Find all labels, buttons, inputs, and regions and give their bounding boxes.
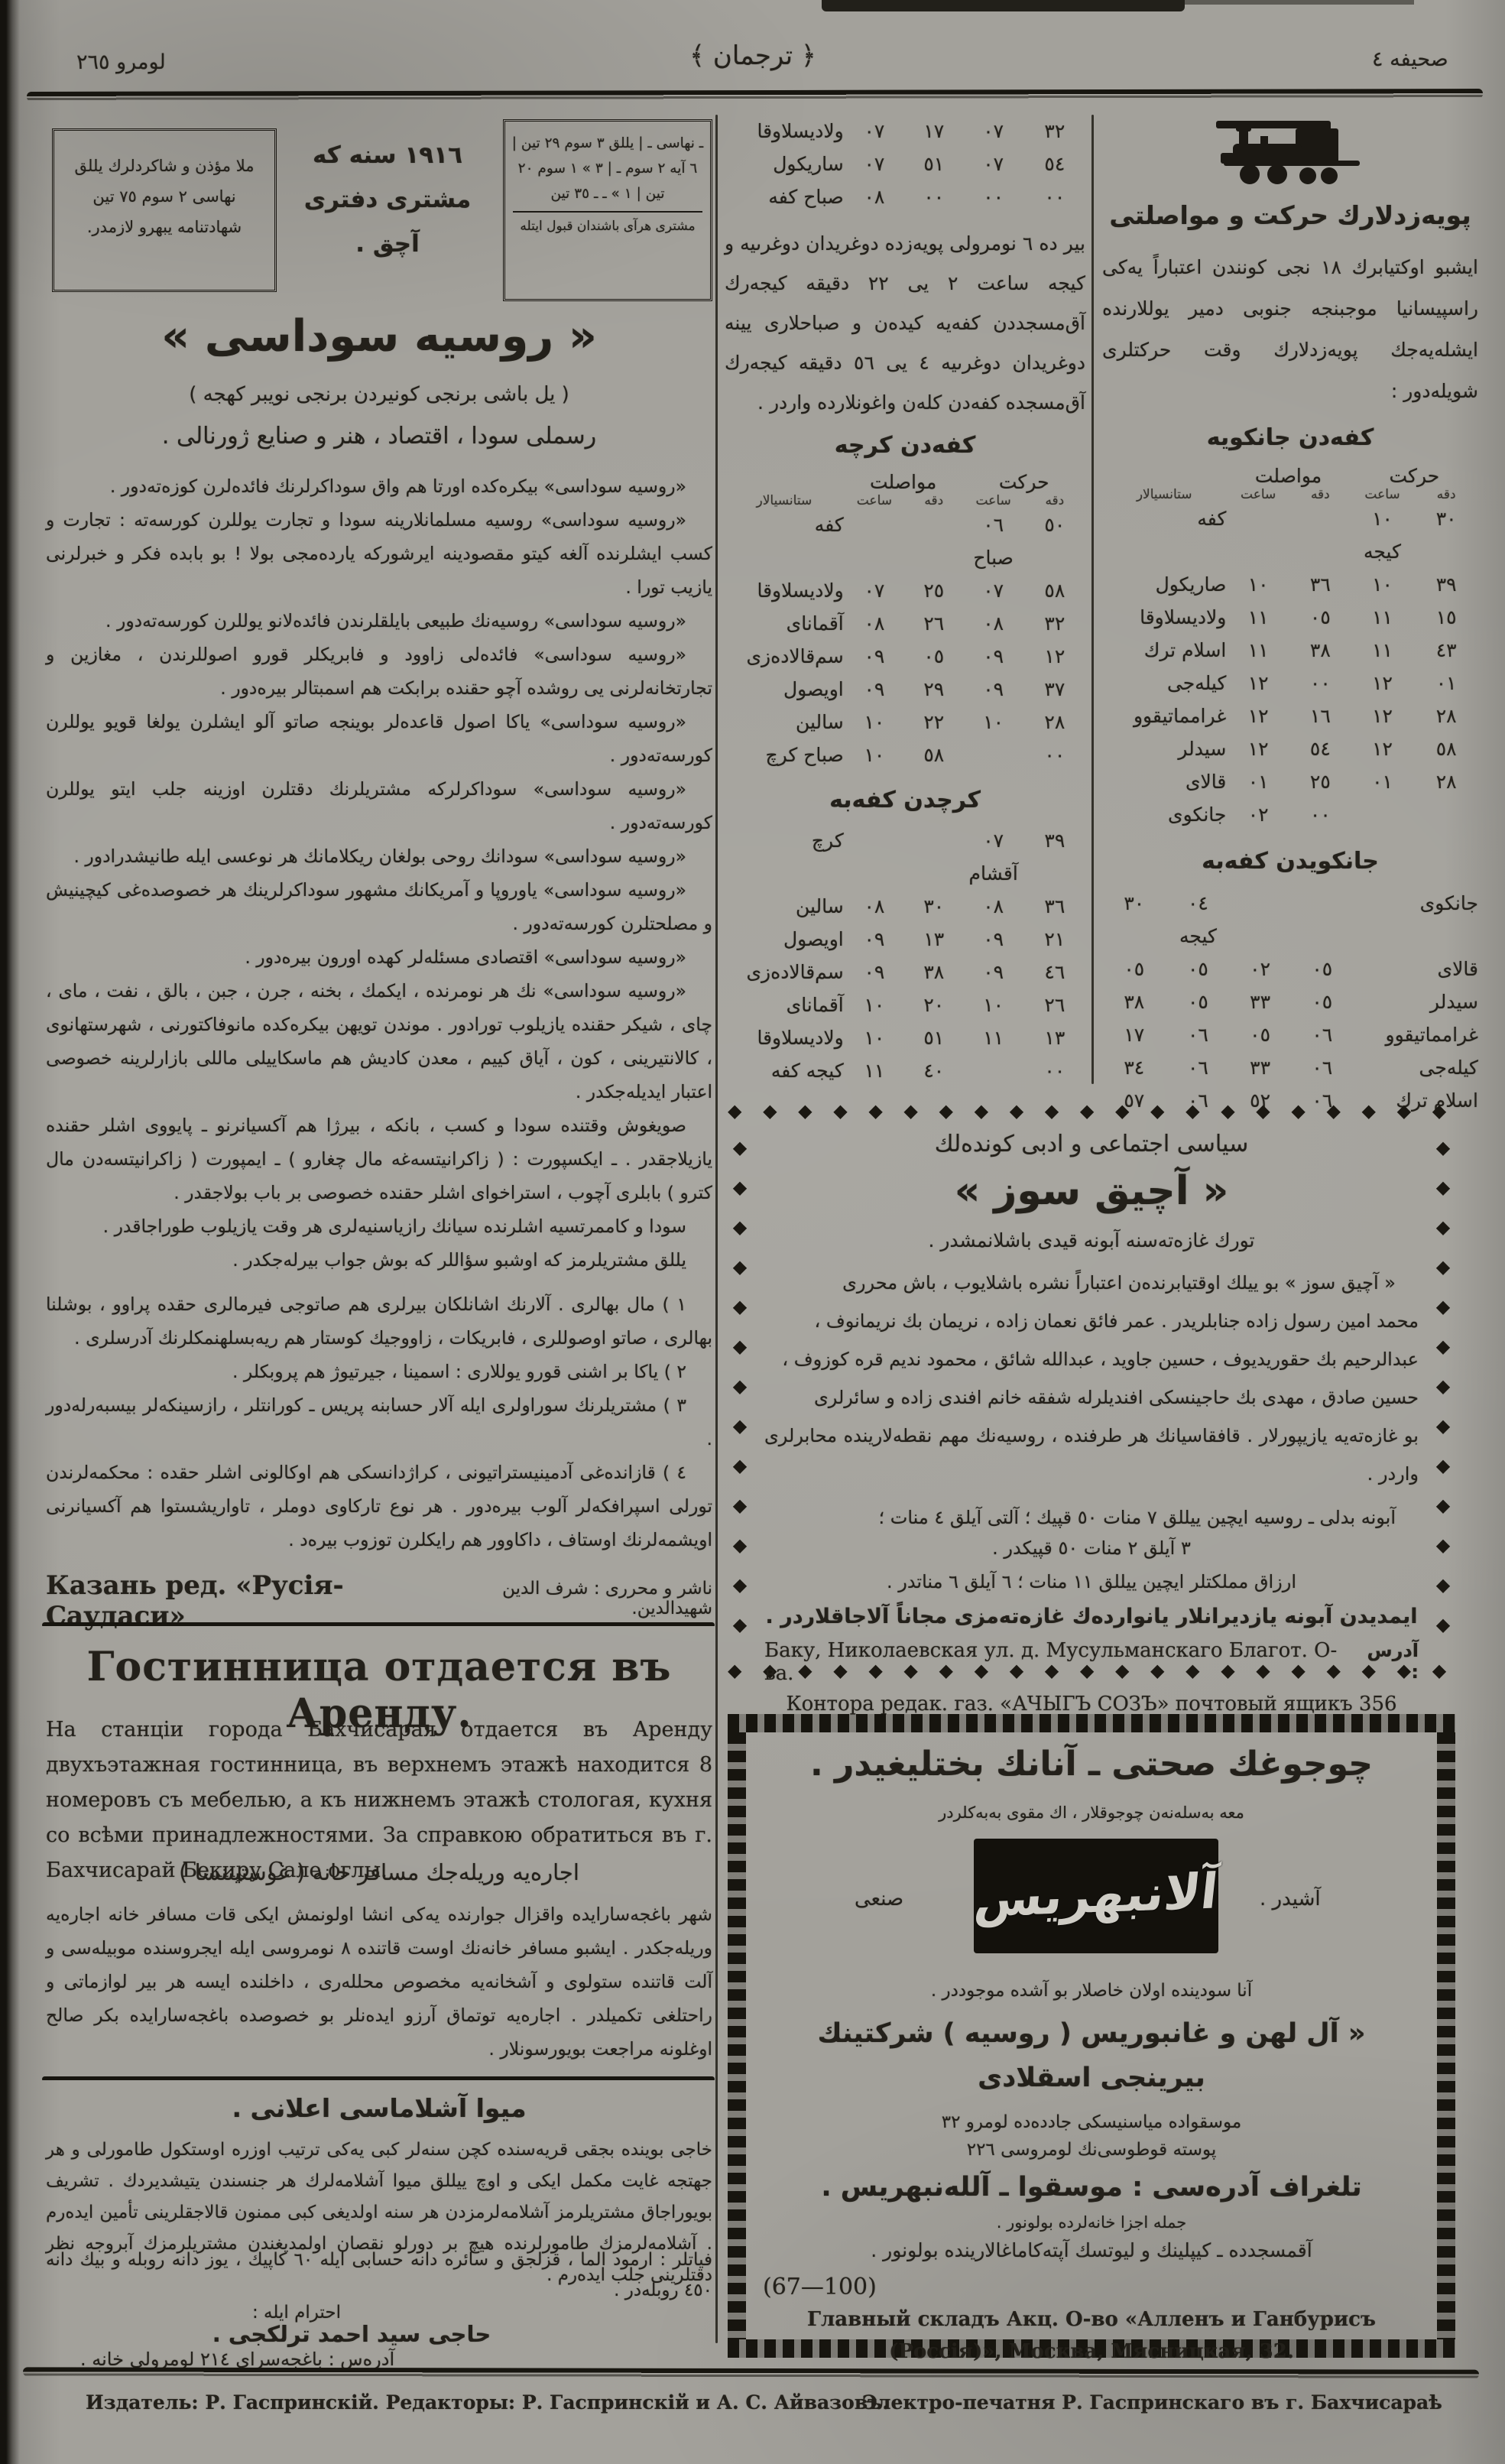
- bullet-paragraph: يللق مشتريلرمز كه اوشبو سؤاللر كه بوش جو…: [46, 1243, 712, 1277]
- allenburys-postbox-line: پوسته قوطوسى‌نك لومروسى ٢٢٦: [763, 2140, 1420, 2160]
- time-cell: ٥١: [905, 148, 963, 180]
- table-title-kerch-kefe: كرچدن كفه‌به: [725, 787, 1085, 813]
- station-cell: صباح كرچ: [725, 739, 844, 771]
- time-cell: ٢٢: [905, 706, 963, 739]
- table-row: ولاديسلاوقا١١٠٥١١١٥: [1102, 601, 1478, 634]
- bullet-paragraph: «روسيه سوداسى» فائدەلى زاوود و فابريكلر …: [46, 638, 712, 705]
- time-cell: ٠٠: [1290, 667, 1351, 700]
- table-row: ساريكول٠٧٥١٠٧٥٤: [725, 148, 1085, 180]
- time-cell: ٠٩: [844, 923, 905, 956]
- time-cell: ٠٥: [1166, 985, 1231, 1018]
- time-cell: ٠٨: [844, 180, 905, 213]
- time-cell: ٠٨: [844, 607, 905, 640]
- table-title-kefe-dzhankoy: كفه‌دن جانكويه: [1102, 424, 1478, 451]
- office-line-ru: Контора редак. газ. «АЧЫГЪ СОЗЪ» почтовы…: [764, 1693, 1419, 1716]
- station-cell: قالاى: [1102, 765, 1226, 798]
- schedule-heading: پويەزدلارك حركت و مواصلتى: [1102, 200, 1478, 230]
- time-cell: ٠٠: [1024, 739, 1085, 771]
- table-row: ٣٠٠٤ كيجهجانكوى: [1102, 887, 1478, 953]
- time-cell: ٤٣: [1414, 634, 1478, 667]
- checker-border-left: [728, 1732, 746, 2339]
- footer-rule: [23, 2367, 1479, 2378]
- station-cell: آقماناى: [725, 607, 844, 640]
- time-cell: ٣٣: [1230, 985, 1290, 1018]
- time-cell: ٠٦: [1166, 1051, 1231, 1084]
- time-cell: ٣٨: [905, 956, 963, 989]
- price-box-general: ـ نهاسى ـ | يللق ٣ سوم ٢٩ تين | ٦ آيه ٢ …: [503, 119, 712, 301]
- depart-label: حركت: [1351, 465, 1478, 487]
- rusya-sudasy-tagline: رسملى سودا ، اقتصاد ، هنر و صنايع ژورنال…: [46, 423, 712, 450]
- station-cell: ولاديسلاوقا: [725, 1021, 844, 1054]
- stations-label: ستانسيالار: [725, 493, 844, 508]
- time-cell: ٢٨: [1024, 706, 1085, 739]
- address-ru: Баку, Николаевская ул. д. Мусульманскаго…: [764, 1639, 1342, 1685]
- table-row: سالين٠٨٣٠٠٨٣٦: [725, 890, 1085, 923]
- time-cell: ١٦: [1290, 700, 1351, 732]
- allenburys-ref: (67—100): [763, 2274, 1420, 2300]
- time-cell: ٠٧: [963, 148, 1024, 180]
- allenburys-plate-row: صنعى آلانبهريس آشيدر .: [763, 1833, 1420, 1970]
- hour-label: ساعت: [1226, 487, 1290, 502]
- diamond-border-top: ◆ ◆ ◆ ◆ ◆ ◆ ◆ ◆ ◆ ◆ ◆ ◆ ◆ ◆ ◆ ◆ ◆ ◆ ◆ ◆ …: [728, 1100, 1455, 1122]
- time-cell: ١١: [1226, 601, 1290, 634]
- station-cell: كفه: [725, 508, 844, 541]
- time-cell: ١١: [1351, 634, 1415, 667]
- rusya-sudasy-numbered: ١ ) مال بهالرى . آلارنك اشانلكان بيرلرى …: [46, 1287, 712, 1557]
- bullet-paragraph: «روسيه سوداسى» ياكا اصول قاعدەلر بوينجه …: [46, 705, 712, 772]
- time-cell: ٠٥: [1230, 1018, 1290, 1051]
- table-subheader: ستانسيالار ساعت دقه ساعت دقه: [1102, 487, 1478, 502]
- table-row: غرامماتيقوو١٢١٦١٢٢٨: [1102, 700, 1478, 732]
- bullet-paragraph: سودا و كاممرتسيه اشلرنده سيانك رازياسنيه…: [46, 1209, 712, 1243]
- column-divider: [715, 115, 718, 2343]
- section-divider: [42, 2076, 715, 2082]
- time-cell: ١٣: [1024, 1021, 1085, 1054]
- time-cell: ٠٠: [1024, 180, 1085, 213]
- time-cell: ٠٥: [1290, 985, 1354, 1018]
- time-cell: ٠١: [1414, 667, 1478, 700]
- price-note-text: مشترى هرآى باشندان قبول ايتله: [505, 214, 710, 234]
- time-cell: ٠٩: [844, 640, 905, 673]
- time-cell: ٠٦: [1290, 1051, 1354, 1084]
- time-cell: ٣٢: [1024, 607, 1085, 640]
- bullet-paragraph: «روسيه سوداسى» سوداكرلركه مشتريلرنك دقتل…: [46, 772, 712, 839]
- rusya-sudasy-subtitle: ( يل باشى برنجى كونيردن برنجى نويبر كهجه…: [46, 383, 712, 406]
- station-cell: قالاى: [1354, 953, 1478, 985]
- time-cell: ٣٧: [1024, 673, 1085, 706]
- hour-label: ساعت: [1351, 487, 1415, 502]
- allenburys-headline: چوجوغك صحتى ـ آنانك بختليغيدر .: [763, 1745, 1420, 1784]
- bullet-paragraph: «روسيه سوداسى» سودانك روحى بولغان ريكلام…: [46, 839, 712, 873]
- time-cell: ٠٧: [844, 574, 905, 607]
- time-cell: ٣٩: [1024, 824, 1085, 857]
- minute-label: دقه: [1024, 493, 1085, 508]
- minute-label: دقه: [1290, 487, 1351, 502]
- bullet-paragraph: «روسيه سوداسى» روسيه مسلمانلارينه سودا و…: [46, 503, 712, 604]
- checker-border-right: [1437, 1732, 1455, 2339]
- time-cell: ٣٤: [1102, 1051, 1166, 1084]
- table-title-dzhankoy-kefe: جانكويدن كفه‌به: [1102, 848, 1478, 875]
- bullet-paragraph: صويغوش وقتنده سودا و كسب ، بانكه ، بيرژا…: [46, 1109, 712, 1209]
- table-row: ولاديسلاوقا١٠٥١١١١٣: [725, 1021, 1085, 1054]
- time-cell: ١٠: [1226, 568, 1290, 601]
- table-title-kefe-kerch: كفه‌دن كرچه: [725, 432, 1085, 459]
- station-cell: اويصول: [725, 923, 844, 956]
- allenburys-line1: آنا سودينده اولان خاصلار بو آشده موجوددر…: [763, 1981, 1420, 2001]
- achiq-soz-content: سياسى اجتماعى و ادبى كونده‌لك « آچيق سوز…: [764, 1131, 1419, 1716]
- table-row: كيجه كفه١١٤٠٠٠: [725, 1054, 1085, 1087]
- table-dzhankoy-kefe-cont: ولاديسلاوقا٠٧١٧٠٧٣٢ساريكول٠٧٥١٠٧٥٤صباح ك…: [725, 115, 1085, 213]
- allenburys-company-line: « آل لهن و غانبوريس ( روسيه ) شركتينك بي…: [763, 2011, 1420, 2100]
- time-cell: ١٠ كيجه: [1351, 502, 1415, 568]
- table-kerch-kefe: كرچ٠٧ آقشام٣٩سالين٠٨٣٠٠٨٣٦اويصول٠٩١٣٠٩٢١…: [725, 824, 1085, 1087]
- time-cell: ٢٩: [905, 673, 963, 706]
- table-row: اويصول٠٩١٣٠٩٢١: [725, 923, 1085, 956]
- header-spacer: [1102, 465, 1226, 487]
- time-cell: ٠٧ آقشام: [963, 824, 1024, 890]
- numbered-item: ١ ) مال بهالرى . آلارنك اشانلكان بيرلرى …: [46, 1287, 712, 1355]
- address-row: Баку, Николаевская ул. д. Мусульманскаго…: [764, 1639, 1419, 1685]
- station-cell: سيدلر: [1354, 985, 1478, 1018]
- station-cell: كيجه كفه: [725, 1054, 844, 1087]
- numbered-item: ٣ ) مشتريلرنك سوراولرى ايله آلار حسابنه …: [46, 1388, 712, 1456]
- station-cell: غرامماتيقوو: [1102, 700, 1226, 732]
- table-row: آقماناى٠٨٢٦٠٨٣٢: [725, 607, 1085, 640]
- allenburys-ad: چوجوغك صحتى ـ آنانك بختليغيدر . معه بەسل…: [728, 1714, 1455, 2358]
- price-list-text: ـ نهاسى ـ | يللق ٣ سوم ٢٩ تين | ٦ آيه ٢ …: [505, 122, 710, 209]
- train6-note: بير ده ٦ نومرولى پويەزده دوغريدان دوغرىي…: [725, 224, 1085, 423]
- table-header: مواصلت حركت: [725, 471, 1085, 493]
- hotel-ad-title-ar: اجاره‌يه وريله‌جك مسافر خانه ( غوستيننسا…: [46, 1859, 712, 1885]
- station-cell: اويصول: [725, 673, 844, 706]
- time-cell: ٠٢: [1226, 798, 1290, 831]
- table-row: سم‌قالادەزى٠٩٠٥٠٩١٢: [725, 640, 1085, 673]
- subscription-price-3: ارزاق مملكتلر ايچين ييللق ١١ منات ؛ ٦ آي…: [764, 1571, 1419, 1592]
- box-divider: [513, 211, 702, 213]
- time-cell: ٥٨: [1414, 732, 1478, 765]
- plate-right-word: آشيدر .: [1260, 1888, 1321, 1910]
- time-cell: ٠٩: [844, 956, 905, 989]
- time-cell: ٠٥: [1290, 601, 1351, 634]
- fruit-respect: احترام ايله :: [252, 2303, 341, 2323]
- time-cell: ١٢: [1226, 667, 1290, 700]
- time-cell: ١٠: [963, 706, 1024, 739]
- station-cell: جانكوى: [1102, 798, 1226, 831]
- table-row: قالاى٠١٢٥٠١٢٨: [1102, 765, 1478, 798]
- hotel-ad-body-ar: شهر باغجه‌سارايده واقزال جوارنده يەكى ان…: [46, 1898, 712, 2066]
- time-cell: ٣٠: [1102, 887, 1166, 920]
- header-spacer: [725, 471, 844, 493]
- time-cell: ٠٢: [1230, 953, 1290, 985]
- time-cell: ١٠: [844, 706, 905, 739]
- page-number: صحيفه ٤: [1372, 47, 1448, 71]
- table-row: ٣٤٠٦٣٣٠٦كيله‌جى: [1102, 1051, 1478, 1084]
- table-row: صباح كفه٠٨٠٠٠٠٠٠: [725, 180, 1085, 213]
- achiq-soz-paragraphs: « آچيق سوز » بو ييلك اوقتيابرندەن اعتبار…: [764, 1264, 1419, 1493]
- schedule-column: پويەزدلارك حركت و مواصلتى ايشبو اوكتيابر…: [1102, 113, 1478, 1117]
- table-row: ولاديسلاوقا٠٧٢٥٠٧٥٨: [725, 574, 1085, 607]
- locomotive-icon: [1102, 113, 1478, 196]
- arrive-label: مواصلت: [844, 471, 963, 493]
- time-cell: ٠٦ صباح: [963, 508, 1024, 574]
- table-row: سم‌قالادەزى٠٩٣٨٠٩٤٦: [725, 956, 1085, 989]
- hour-label: ساعت: [963, 493, 1024, 508]
- scan-smudge: [822, 0, 1185, 11]
- table-header: مواصلت حركت: [1102, 465, 1478, 487]
- numbered-item: ٢ ) ياكا بر اشنى قورو يوللارى : اسمينا ،…: [46, 1355, 712, 1388]
- schedule-column-2: ولاديسلاوقا٠٧١٧٠٧٣٢ساريكول٠٧٥١٠٧٥٤صباح ك…: [725, 115, 1085, 1087]
- time-cell: ٠٥: [1166, 953, 1231, 985]
- subscription-ad-1916: ملا مؤذن و شاكردلرك يللق نهاسى ٢ سوم ٧٥ …: [46, 115, 712, 310]
- time-cell: ٠٩: [963, 640, 1024, 673]
- table-row: جانكوى٠٢٠٠: [1102, 798, 1478, 831]
- subscription-price-2: ٣ آيلق ٢ منات ٥٠ قپيكدر .: [764, 1537, 1419, 1559]
- table-row: اويصول٠٩٢٩٠٩٣٧: [725, 673, 1085, 706]
- student-price-text: ملا مؤذن و شاكردلرك يللق نهاسى ٢ سوم ٧٥ …: [54, 131, 274, 262]
- table-row: سالين١٠٢٢١٠٢٨: [725, 706, 1085, 739]
- paragraph: محمد امين رسول زاده جنابلريدر . عمر فائق…: [764, 1302, 1419, 1340]
- time-cell: ٢٠: [905, 989, 963, 1021]
- allenburys-simferopol-line: آقمسجدده ـ كيپلينك و ليوتسك آپته‌كاماغال…: [763, 2239, 1420, 2261]
- time-cell: ٣٦: [1024, 890, 1085, 923]
- header-rule: [27, 89, 1483, 102]
- bullet-paragraph: «روسيه سوداسى» روسيه‌نك طبيعى بايلقلرندن…: [46, 604, 712, 638]
- scan-smudge: [1185, 0, 1414, 5]
- section-divider: [42, 1622, 715, 1628]
- time-cell: ٥٤: [1024, 148, 1085, 180]
- time-cell: ٠٥: [1290, 953, 1354, 985]
- ad-year-line: ١٩١٦ سنه كه مشترى دفترى آچق .: [280, 133, 495, 266]
- paragraph: بو غازەته‌يه يازيپورلار . قافقاسيانك هر …: [764, 1417, 1419, 1493]
- minute-label: دقه: [905, 493, 963, 508]
- achiq-soz-title: « آچيق سوز »: [764, 1168, 1419, 1214]
- table-row: كيله‌جى١٢٠٠١٢٠١: [1102, 667, 1478, 700]
- diamond-border-right: ◆ ◆ ◆ ◆ ◆ ◆ ◆ ◆ ◆ ◆ ◆ ◆ ◆: [1432, 1128, 1454, 1663]
- paragraph: « آچيق سوز » بو ييلك اوقتيابرندەن اعتبار…: [764, 1264, 1419, 1302]
- station-cell: كيله‌جى: [1354, 1051, 1478, 1084]
- station-cell: سم‌قالادەزى: [725, 640, 844, 673]
- fruit-signature: حاجى سيد احمد ترلكجى .: [191, 2321, 512, 2347]
- table-row: ١٧٠٦٠٥٠٦غرامماتيقوو: [1102, 1018, 1478, 1051]
- time-cell: ١١: [1351, 601, 1415, 634]
- time-cell: ٥٨: [1024, 574, 1085, 607]
- time-cell: ٤٦: [1024, 956, 1085, 989]
- time-cell: ٢٥: [905, 574, 963, 607]
- time-cell: ٣٨: [1290, 634, 1351, 667]
- time-cell: ٠٩: [844, 673, 905, 706]
- time-cell: ١١: [1226, 634, 1290, 667]
- time-cell: ٠٩: [963, 923, 1024, 956]
- achiq-soz-ad: ◆ ◆ ◆ ◆ ◆ ◆ ◆ ◆ ◆ ◆ ◆ ◆ ◆ ◆ ◆ ◆ ◆ ◆ ◆ ◆ …: [728, 1105, 1455, 1687]
- table-row: ولاديسلاوقا٠٧١٧٠٧٣٢: [725, 115, 1085, 148]
- station-cell: ولاديسلاوقا: [725, 115, 844, 148]
- hour-label: ساعت: [844, 493, 905, 508]
- table-row: سيدلر١٢٥٤١٢٥٨: [1102, 732, 1478, 765]
- time-cell: ٣٦: [1290, 568, 1351, 601]
- time-cell: ١٢: [1226, 732, 1290, 765]
- scan-edge-shadow: [0, 0, 20, 2464]
- time-cell: ١٥: [1414, 601, 1478, 634]
- time-cell: ٢٦: [1024, 989, 1085, 1021]
- time-cell: ٥٠: [1024, 508, 1085, 541]
- table-subheader: ستانسيالار ساعت دقه ساعت دقه: [725, 493, 1085, 508]
- stations-label: ستانسيالار: [1102, 487, 1226, 502]
- time-cell: ٠٧: [963, 574, 1024, 607]
- time-cell: ٠١: [1226, 765, 1290, 798]
- time-cell: ٥٤: [1290, 732, 1351, 765]
- rusya-sudasy-title: « روسيه سوداسى »: [46, 311, 712, 362]
- station-cell: ساريكول: [725, 148, 844, 180]
- time-cell: ٣٩: [1414, 568, 1478, 601]
- bullet-paragraph: «روسيه سوداسى» نك هر نومرنده ، ايكمك ، ب…: [46, 974, 712, 1109]
- time-cell: ٣٠: [905, 890, 963, 923]
- time-cell: ١٢: [1226, 700, 1290, 732]
- station-cell: صاريكول: [1102, 568, 1226, 601]
- station-cell: غرامماتيقوو: [1354, 1018, 1478, 1051]
- time-cell: ٠٧: [844, 115, 905, 148]
- address-label: آدرس :: [1356, 1640, 1419, 1683]
- time-cell: ٠٨: [963, 607, 1024, 640]
- time-cell: ٠٠: [1024, 1054, 1085, 1087]
- table-dzhankoy-kefe: ٣٠٠٤ كيجهجانكوى٠٥٠٥٠٢٠٥قالاى٣٨٠٥٣٣٠٥سيدل…: [1102, 887, 1478, 1117]
- table-row: اسلام ترك١١٣٨١١٤٣: [1102, 634, 1478, 667]
- time-cell: ٢٥: [1290, 765, 1351, 798]
- issue-number: لومرو ٢٦٥: [76, 50, 166, 74]
- time-cell: ١٢: [1351, 732, 1415, 765]
- table-row: ٠٥٠٥٠٢٠٥قالاى: [1102, 953, 1478, 985]
- station-cell: سم‌قالادەزى: [725, 956, 844, 989]
- subscription-promo: ايمديدن آبونه يازديرانلار يانواردەك غازە…: [764, 1605, 1419, 1628]
- time-cell: ٣٨: [1102, 985, 1166, 1018]
- allenburys-pharmacies-line: جمله اجزا خانه‌لرده بولونور .: [763, 2213, 1420, 2232]
- time-cell: ٣٣: [1230, 1051, 1290, 1084]
- subscription-price-1: آبونه بدلى ـ روسيه ايچين ييللق ٧ منات ٥٠…: [764, 1507, 1419, 1528]
- time-cell: ٠٥: [1102, 953, 1166, 985]
- table-row: كفه١٠ كيجه٣٠: [1102, 502, 1478, 568]
- time-cell: ٢٨: [1414, 700, 1478, 732]
- table-row: صباح كرچ١٠٥٨٠٠: [725, 739, 1085, 771]
- achiq-soz-kicker: سياسى اجتماعى و ادبى كونده‌لك: [764, 1131, 1419, 1157]
- allenburys-ru-line: Главный складъ Акц. О-во «Алленъ и Ганбу…: [763, 2303, 1420, 2368]
- time-cell: ٠١: [1351, 765, 1415, 798]
- time-cell: ١٧: [905, 115, 963, 148]
- time-cell: ١٢: [1351, 700, 1415, 732]
- table-row: كفه٠٦ صباح٥٠: [725, 508, 1085, 574]
- station-cell: سالين: [725, 890, 844, 923]
- arrive-label: مواصلت: [1226, 465, 1350, 487]
- table-row: آقماناى١٠٢٠١٠٢٦: [725, 989, 1085, 1021]
- numbered-item: ٤ ) قازاندەغى آدمينيستراتيونى ، كراژدانس…: [46, 1456, 712, 1557]
- time-cell: ٠٦: [1166, 1018, 1231, 1051]
- newspaper-page: { "page": { "page_label": "صحيفه ٤", "is…: [0, 0, 1505, 2464]
- allenburys-content: چوجوغك صحتى ـ آنانك بختليغيدر . معه بەسل…: [763, 1745, 1420, 2368]
- table-kefe-kerch: كفه٠٦ صباح٥٠ولاديسلاوقا٠٧٢٥٠٧٥٨آقماناى٠٨…: [725, 508, 1085, 771]
- masthead-title: ﴿ ترجمان ﴾: [642, 40, 864, 71]
- time-cell: ٢١: [1024, 923, 1085, 956]
- time-cell: ١٠: [844, 989, 905, 1021]
- price-box-students: ملا مؤذن و شاكردلرك يللق نهاسى ٢ سوم ٧٥ …: [52, 128, 277, 292]
- time-cell: ٠٩: [963, 673, 1024, 706]
- time-cell: ١٣: [905, 923, 963, 956]
- time-cell: ٠٧: [844, 148, 905, 180]
- allenburys-telegraph-line: تلغراف آدرەسى : موسقوا ـ آلله‌نبهريس .: [763, 2172, 1420, 2203]
- time-cell: ٠٨: [844, 890, 905, 923]
- time-cell: ٥١: [905, 1021, 963, 1054]
- bullet-paragraph: «روسيه سوداسى» بيكرەكده اورتا هم واق سود…: [46, 469, 712, 503]
- ad-open-text: آچق .: [280, 222, 495, 266]
- time-cell: ٥٨: [905, 739, 963, 771]
- fruit-notice-title: ميوا آشلاماسى اعلانى .: [46, 2093, 712, 2123]
- allenburys-subline: معه بەسلەنەن چوجوقلار ، اك مقوى بەبەكلرد…: [763, 1803, 1420, 1822]
- allenburys-moscow-line: موسقواده مياسنيسكى جادده‌ده لومرو ٣٢: [763, 2112, 1420, 2132]
- time-cell: ١٢: [1351, 667, 1415, 700]
- station-cell: سالين: [725, 706, 844, 739]
- footer-publisher: Издатель: Р. Гаспринскій. Редакторы: Р. …: [86, 2391, 889, 2414]
- station-cell: سيدلر: [1102, 732, 1226, 765]
- time-cell: ١٠: [844, 739, 905, 771]
- time-cell: ١١: [963, 1021, 1024, 1054]
- time-cell: ١٢: [1024, 640, 1085, 673]
- table-kefe-dzhankoy: كفه١٠ كيجه٣٠صاريكول١٠٣٦١٠٣٩ولاديسلاوقا١١…: [1102, 502, 1478, 831]
- time-cell: ٢٨: [1414, 765, 1478, 798]
- bullet-paragraph: «روسيه سوداسى» اقتصادى مسئله‌لر كهده اور…: [46, 940, 712, 974]
- time-cell: ٠٨: [963, 890, 1024, 923]
- time-cell: ٠٦: [1290, 1018, 1354, 1051]
- table-row: صاريكول١٠٣٦١٠٣٩: [1102, 568, 1478, 601]
- time-cell: ٠٧: [963, 115, 1024, 148]
- paragraph: حسين صادق ، مهدى بك حاجينسكى افنديلرله ش…: [764, 1378, 1419, 1417]
- rusya-sudasy-bullets: «روسيه سوداسى» بيكرەكده اورتا هم واق سود…: [46, 469, 712, 1277]
- station-cell: كفه: [1102, 502, 1226, 535]
- time-cell: ١٠: [963, 989, 1024, 1021]
- diamond-border-left: ◆ ◆ ◆ ◆ ◆ ◆ ◆ ◆ ◆ ◆ ◆ ◆ ◆: [729, 1128, 751, 1663]
- station-cell: ولاديسلاوقا: [1102, 601, 1226, 634]
- station-cell: ولاديسلاوقا: [725, 574, 844, 607]
- left-column: ملا مؤذن و شاكردلرك يللق نهاسى ٢ سوم ٧٥ …: [46, 115, 712, 1631]
- plate-left-word: صنعى: [855, 1888, 903, 1910]
- depart-label: حركت: [963, 471, 1085, 493]
- time-cell: ٣٠: [1414, 502, 1478, 535]
- station-cell: جانكوى: [1354, 887, 1478, 920]
- station-cell: كيله‌جى: [1102, 667, 1226, 700]
- achiq-soz-subtitle: تورك غازەته‌سنه آبونه قيدى باشلانمشدر .: [764, 1229, 1419, 1251]
- time-cell: ٤٠: [905, 1054, 963, 1087]
- time-cell: ٠٩: [963, 956, 1024, 989]
- schedule-intro: ايشبو اوكتيابرك ١٨ نجى كونندن اعتباراً ي…: [1102, 247, 1478, 412]
- allenburys-logo-text: آلانبهريس: [971, 1864, 1220, 1929]
- bullet-paragraph: «روسيه سوداسى» ياوروپا و آمريكانك مشهور …: [46, 873, 712, 940]
- time-cell: ١٠: [844, 1021, 905, 1054]
- station-cell: آقماناى: [725, 989, 844, 1021]
- time-cell: ١١: [844, 1054, 905, 1087]
- time-cell: ٠٤ كيجه: [1166, 887, 1231, 953]
- time-cell: ٣٢: [1024, 115, 1085, 148]
- kazan-ar-text: ناشر و محررى : شرف الدين شهيدالدين.: [443, 1579, 712, 1618]
- time-cell: ١٧: [1102, 1018, 1166, 1051]
- minute-label: دقه: [1414, 487, 1478, 502]
- time-cell: ١٠: [1351, 568, 1415, 601]
- station-cell: صباح كفه: [725, 180, 844, 213]
- time-cell: ٠٥: [905, 640, 963, 673]
- footer-printer: Электро-печатня Р. Гаспринскаго въ г. Ба…: [862, 2391, 1442, 2414]
- station-cell: كرچ: [725, 824, 844, 857]
- table-row: كرچ٠٧ آقشام٣٩: [725, 824, 1085, 890]
- time-cell: ٠٠: [905, 180, 963, 213]
- time-cell: ٠٠: [963, 180, 1024, 213]
- fruit-prices: فياتلر : ارمود الما ، قزلجق و سائره دانه…: [46, 2245, 712, 2306]
- table-row: ٣٨٠٥٣٣٠٥سيدلر: [1102, 985, 1478, 1018]
- ad-year-text: ١٩١٦ سنه كه مشترى دفترى: [280, 133, 495, 222]
